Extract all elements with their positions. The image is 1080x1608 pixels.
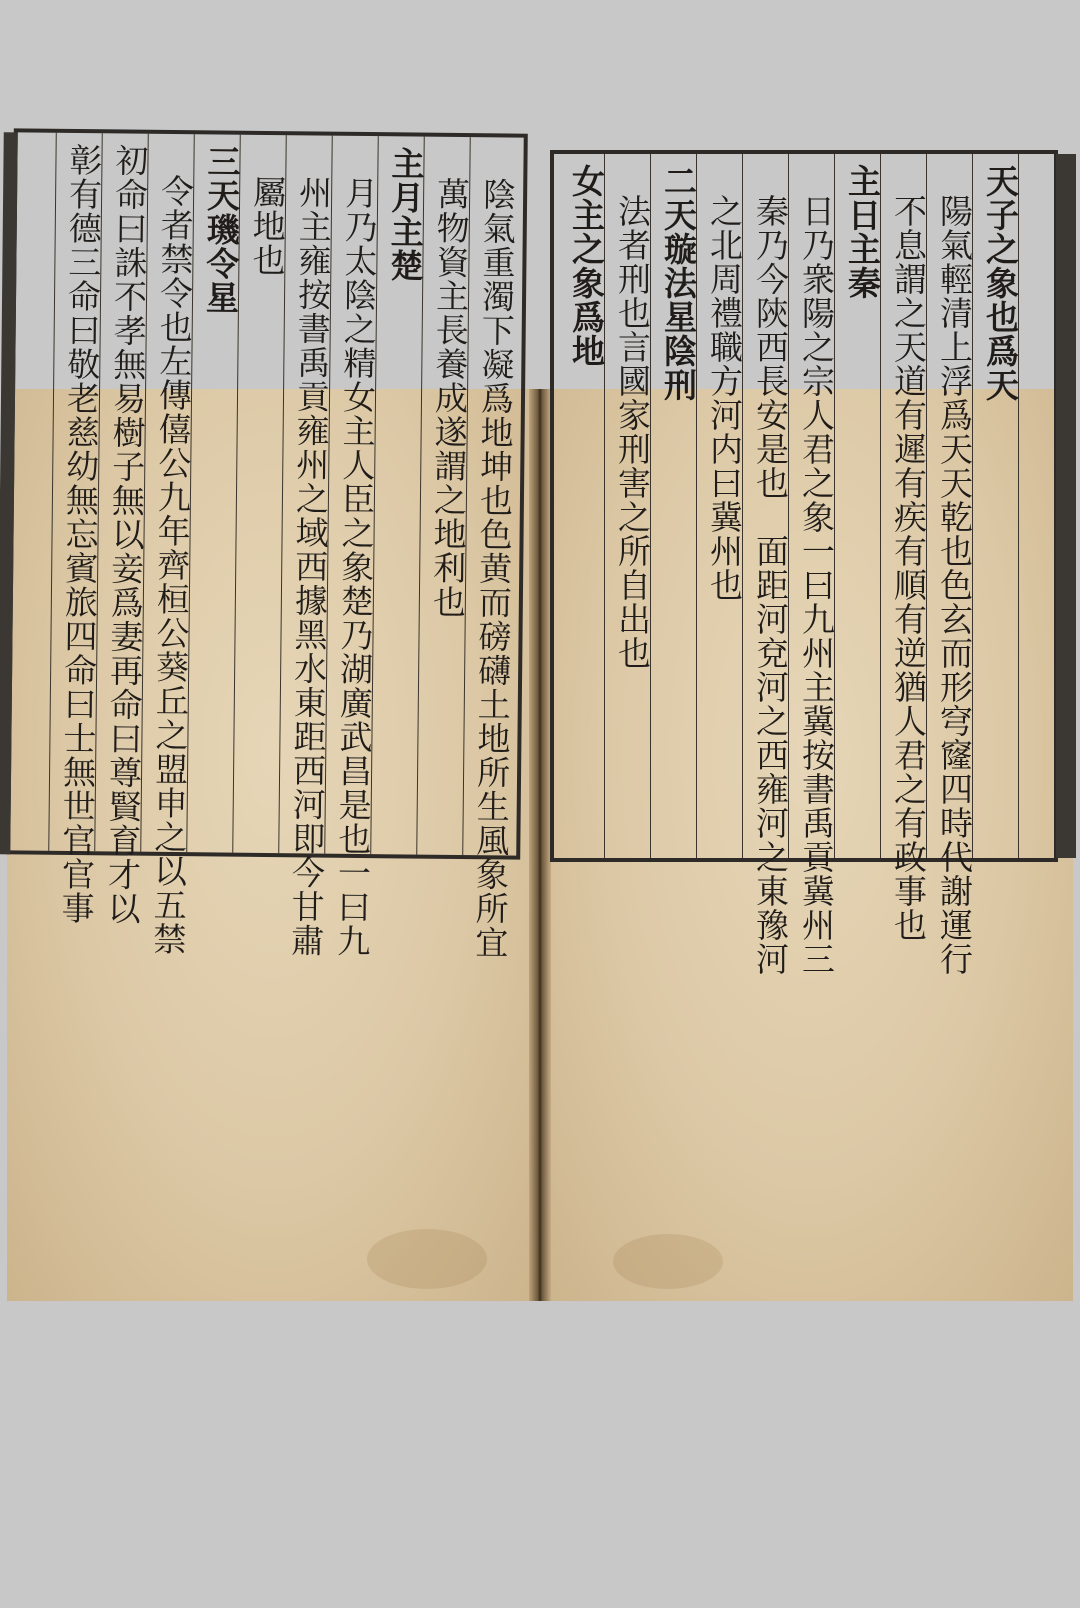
book-gutter — [529, 389, 551, 1301]
text-column: 秦乃今陝西長安是也 面距河兗河之西雍河之東豫河 — [752, 194, 788, 976]
text-column: 陰氣重濁下凝爲地坤也色黄而磅礴土地所生風象所宜 — [471, 177, 515, 959]
page-center-band — [0, 132, 18, 854]
page-center-band — [1056, 154, 1076, 858]
text-column: 屬地也 — [248, 175, 285, 277]
text-column: 主日主秦 — [844, 164, 880, 300]
text-column: 主月主楚 — [386, 146, 423, 282]
water-stain — [367, 1229, 487, 1289]
text-column: 法者刑也言國家刑害之所自出也 — [614, 194, 650, 670]
text-column: 三天璣令星 — [202, 144, 240, 314]
text-column: 萬物資主長養成遂謂之地利也 — [429, 177, 470, 619]
text-column: 月乃太陰之精女主人臣之象楚乃湖廣武昌是也一曰九 — [333, 176, 377, 958]
text-column: 二天璇法星陰刑 — [660, 164, 696, 402]
text-column: 令者禁令也左傳僖公九年齊桓公葵丘之盟申之以五禁 — [149, 174, 193, 956]
text-column: 日乃衆陽之宗人君之象一曰九州主冀按書禹貢冀州三 — [798, 194, 834, 976]
water-stain — [613, 1234, 723, 1289]
text-column: 女主之象爲地 — [568, 164, 604, 368]
column-rule — [48, 133, 57, 851]
text-column: 之北周禮職方河内曰冀州也 — [706, 194, 742, 602]
right-page-text-frame: 天子之象也爲天 陽氣輕清上浮爲天天乾也色玄而形穹窿四時代謝運行 不息謂之天道有遲… — [550, 150, 1058, 862]
text-column: 彰有德三命曰敬老慈幼無忘賓旅四命曰士無世官官事 — [57, 143, 101, 925]
text-column: 不息謂之天道有遲有疾有順有逆猶人君之有政事也 — [890, 194, 926, 942]
text-column: 陽氣輕清上浮爲天天乾也色玄而形穹窿四時代謝運行 — [936, 194, 972, 976]
text-column: 州主雍按書禹貢雍州之域西據黑水東距西河即今甘肅 — [287, 175, 331, 957]
text-column: 天子之象也爲天 — [982, 164, 1018, 402]
text-column: 初命曰誅不孝無易樹子無以妾爲妻再命曰尊賢育才以 — [103, 143, 147, 925]
left-page-text-frame: 陰氣重濁下凝爲地坤也色黄而磅礴土地所生風象所宜 萬物資主長養成遂謂之地利也 主月… — [6, 128, 528, 859]
